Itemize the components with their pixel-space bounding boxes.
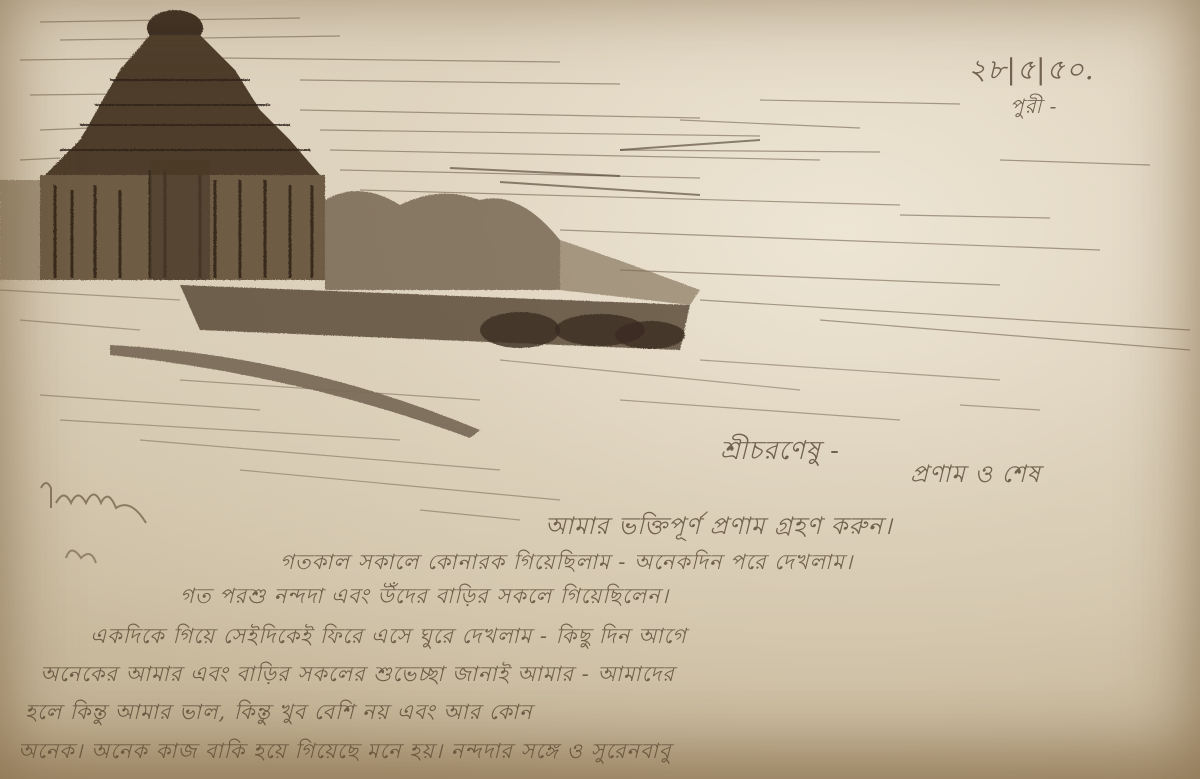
letter-line-6: হলে কিন্তু আমার ভাল, কিন্তু খুব বেশি নয়… <box>25 696 533 731</box>
sketch-letter-paper: ২৮|৫|৫০. পুরী - শ্রীচরণেষু - প্রণাম ও শে… <box>0 0 1200 779</box>
letter-line-4: একদিকে গিয়ে সেইদিকেই ফিরে এসে ঘুরে দেখল… <box>90 620 687 655</box>
letter-line-7: অনেক। অনেক কাজ বাকি হয়ে গিয়েছে মনে হয়… <box>18 735 671 770</box>
letter-place: পুরী - <box>1010 92 1057 125</box>
letter-line-5: অনেকের আমার এবং বাড়ির সকলের শুভেচ্ছা জা… <box>40 658 675 693</box>
letter-line-1: আমার ভক্তিপূর্ণ প্রণাম গ্রহণ করুন। <box>545 508 893 548</box>
temple-drawing <box>0 10 325 280</box>
letter-salutation: শ্রীচরণেষু - <box>720 430 840 474</box>
letter-date: ২৮|৫|৫০. <box>968 48 1095 95</box>
margin-scribble <box>36 478 236 578</box>
letter-line-2: গতকাল সকালে কোনারক গিয়েছিলাম - অনেকদিন … <box>280 546 853 581</box>
letter-greeting: প্রণাম ও শেষ <box>910 456 1041 496</box>
letter-line-3: গত পরশু নন্দদা এবং উঁদের বাড়ির সকলে গিয… <box>180 580 669 615</box>
